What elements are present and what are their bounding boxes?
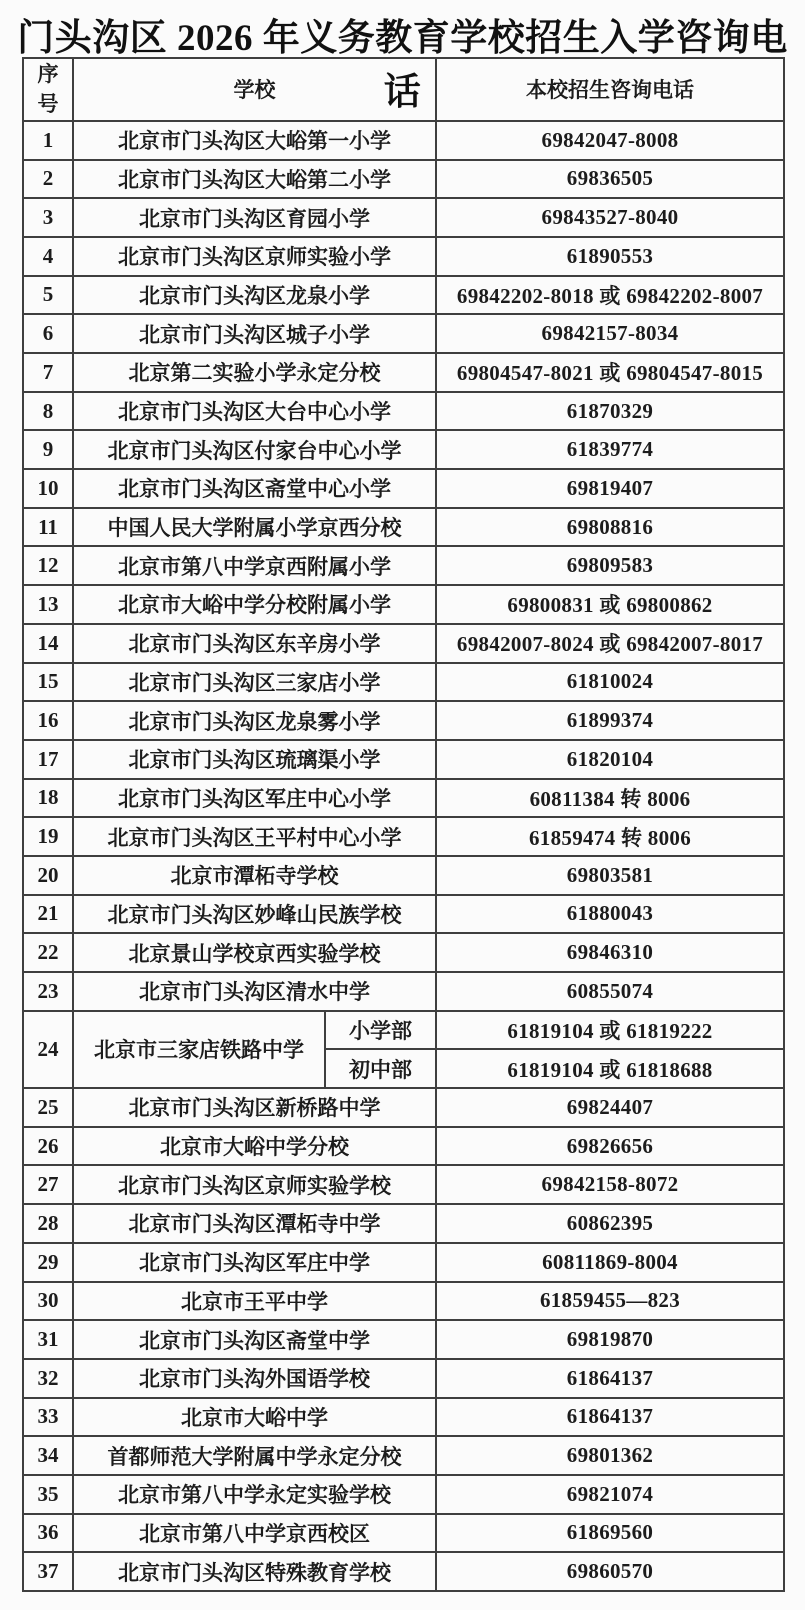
row-no: 25 [23, 1088, 73, 1127]
school-name: 北京市门头沟外国语学校 [73, 1359, 436, 1398]
header-school: 学校 [73, 58, 436, 121]
phone-number: 60811384 转 8006 [436, 779, 784, 818]
phone-number: 69836505 [436, 160, 784, 199]
row-no: 12 [23, 546, 73, 585]
table-row: 9 北京市门头沟区付家台中心小学 61839774 [23, 430, 784, 469]
phone-number: 60855074 [436, 972, 784, 1011]
phone-number: 61819104 或 61819222 [436, 1011, 784, 1050]
school-name: 北京市大峪中学 [73, 1398, 436, 1437]
table-row: 34 首都师范大学附属中学永定分校 69801362 [23, 1436, 784, 1475]
table-row: 14 北京市门头沟区东辛房小学 69842007-8024 或 69842007… [23, 624, 784, 663]
phone-number: 69860570 [436, 1552, 784, 1591]
table-row: 6 北京市门头沟区城子小学 69842157-8034 [23, 314, 784, 353]
phone-number: 61890553 [436, 237, 784, 276]
school-name: 北京市门头沟区军庄中学 [73, 1243, 436, 1282]
table-row: 36 北京市第八中学京西校区 61869560 [23, 1514, 784, 1553]
row-no: 3 [23, 198, 73, 237]
row-no: 4 [23, 237, 73, 276]
phone-number: 61810024 [436, 663, 784, 702]
row-no: 7 [23, 353, 73, 392]
school-name: 北京市门头沟区斋堂中学 [73, 1320, 436, 1359]
table-row-24-primary: 24 北京市三家店铁路中学 小学部 61819104 或 61819222 [23, 1011, 784, 1050]
phone-number: 69808816 [436, 508, 784, 547]
row-no: 27 [23, 1165, 73, 1204]
school-name: 北京市门头沟区军庄中心小学 [73, 779, 436, 818]
table-row: 10 北京市门头沟区斋堂中心小学 69819407 [23, 469, 784, 508]
school-name: 北京市门头沟区斋堂中心小学 [73, 469, 436, 508]
phone-number: 69842007-8024 或 69842007-8017 [436, 624, 784, 663]
phone-number: 61880043 [436, 895, 784, 934]
row-no: 22 [23, 933, 73, 972]
school-name: 北京市门头沟区特殊教育学校 [73, 1552, 436, 1591]
school-name: 北京市王平中学 [73, 1282, 436, 1321]
row-no: 26 [23, 1127, 73, 1166]
row-no: 37 [23, 1552, 73, 1591]
table-row: 30 北京市王平中学 61859455—823 [23, 1282, 784, 1321]
table-row: 20 北京市潭柘寺学校 69803581 [23, 856, 784, 895]
table-row: 1 北京市门头沟区大峪第一小学 69842047-8008 [23, 121, 784, 160]
table-row: 15 北京市门头沟区三家店小学 61810024 [23, 663, 784, 702]
table-row: 35 北京市第八中学永定实验学校 69821074 [23, 1475, 784, 1514]
phone-number: 61820104 [436, 740, 784, 779]
row-no: 9 [23, 430, 73, 469]
row-no: 17 [23, 740, 73, 779]
table-header-row: 序号 学校 本校招生咨询电话 [23, 58, 784, 121]
row-no: 28 [23, 1204, 73, 1243]
phone-number: 61859455—823 [436, 1282, 784, 1321]
page: 门头沟区 2026 年义务教育学校招生入学咨询电话 序号 学校 本校招生咨询电话… [0, 0, 805, 1610]
row-no: 16 [23, 701, 73, 740]
table-row: 12 北京市第八中学京西附属小学 69809583 [23, 546, 784, 585]
table-row: 5 北京市门头沟区龙泉小学 69842202-8018 或 69842202-8… [23, 276, 784, 315]
phone-number: 69801362 [436, 1436, 784, 1475]
header-no-label: 序号 [37, 59, 59, 120]
school-name: 北京市门头沟区大台中心小学 [73, 392, 436, 431]
phone-number: 60862395 [436, 1204, 784, 1243]
row-no: 13 [23, 585, 73, 624]
row-no: 11 [23, 508, 73, 547]
table-row: 26 北京市大峪中学分校 69826656 [23, 1127, 784, 1166]
school-name: 北京市门头沟区大峪第一小学 [73, 121, 436, 160]
table-row: 2 北京市门头沟区大峪第二小学 69836505 [23, 160, 784, 199]
row-no: 20 [23, 856, 73, 895]
table-row: 17 北京市门头沟区琉璃渠小学 61820104 [23, 740, 784, 779]
school-name: 中国人民大学附属小学京西分校 [73, 508, 436, 547]
table-row: 33 北京市大峪中学 61864137 [23, 1398, 784, 1437]
table-row: 37 北京市门头沟区特殊教育学校 69860570 [23, 1552, 784, 1591]
row-no: 18 [23, 779, 73, 818]
table-row: 29 北京市门头沟区军庄中学 60811869-8004 [23, 1243, 784, 1282]
row-no: 19 [23, 817, 73, 856]
phone-number: 69824407 [436, 1088, 784, 1127]
school-name: 首都师范大学附属中学永定分校 [73, 1436, 436, 1475]
phone-number: 69842158-8072 [436, 1165, 784, 1204]
table-row: 19 北京市门头沟区王平村中心小学 61859474 转 8006 [23, 817, 784, 856]
school-name: 北京市潭柘寺学校 [73, 856, 436, 895]
phone-number: 69842157-8034 [436, 314, 784, 353]
row-no: 1 [23, 121, 73, 160]
row-no: 32 [23, 1359, 73, 1398]
table-row: 8 北京市门头沟区大台中心小学 61870329 [23, 392, 784, 431]
school-name: 北京市第八中学永定实验学校 [73, 1475, 436, 1514]
table-row: 4 北京市门头沟区京师实验小学 61890553 [23, 237, 784, 276]
row-no: 2 [23, 160, 73, 199]
table-row: 18 北京市门头沟区军庄中心小学 60811384 转 8006 [23, 779, 784, 818]
row-no: 14 [23, 624, 73, 663]
header-phone: 本校招生咨询电话 [436, 58, 784, 121]
row-no: 29 [23, 1243, 73, 1282]
row-no: 8 [23, 392, 73, 431]
phone-number: 69821074 [436, 1475, 784, 1514]
school-name: 北京市门头沟区三家店小学 [73, 663, 436, 702]
phone-number: 60811869-8004 [436, 1243, 784, 1282]
row-no: 30 [23, 1282, 73, 1321]
phone-number: 69846310 [436, 933, 784, 972]
row-no: 15 [23, 663, 73, 702]
school-name: 北京市大峪中学分校 [73, 1127, 436, 1166]
school-name: 北京市三家店铁路中学 [73, 1011, 325, 1088]
school-name: 北京市第八中学京西附属小学 [73, 546, 436, 585]
school-name: 北京市门头沟区龙泉雾小学 [73, 701, 436, 740]
school-name: 北京市门头沟区育园小学 [73, 198, 436, 237]
table-row: 32 北京市门头沟外国语学校 61864137 [23, 1359, 784, 1398]
table-row: 22 北京景山学校京西实验学校 69846310 [23, 933, 784, 972]
row-no: 5 [23, 276, 73, 315]
school-name: 北京市门头沟区潭柘寺中学 [73, 1204, 436, 1243]
row-no: 33 [23, 1398, 73, 1437]
table-row: 28 北京市门头沟区潭柘寺中学 60862395 [23, 1204, 784, 1243]
phone-number: 69803581 [436, 856, 784, 895]
school-name: 北京市门头沟区龙泉小学 [73, 276, 436, 315]
school-name: 北京市门头沟区东辛房小学 [73, 624, 436, 663]
school-name: 北京市门头沟区清水中学 [73, 972, 436, 1011]
table-row: 27 北京市门头沟区京师实验学校 69842158-8072 [23, 1165, 784, 1204]
table-row: 7 北京第二实验小学永定分校 69804547-8021 或 69804547-… [23, 353, 784, 392]
school-name: 北京市门头沟区京师实验学校 [73, 1165, 436, 1204]
school-name: 北京市门头沟区新桥路中学 [73, 1088, 436, 1127]
row-no: 10 [23, 469, 73, 508]
phone-number: 69842047-8008 [436, 121, 784, 160]
phone-number: 69809583 [436, 546, 784, 585]
row-no: 35 [23, 1475, 73, 1514]
table-row: 31 北京市门头沟区斋堂中学 69819870 [23, 1320, 784, 1359]
school-name: 北京景山学校京西实验学校 [73, 933, 436, 972]
phone-number: 69819870 [436, 1320, 784, 1359]
table-row: 25 北京市门头沟区新桥路中学 69824407 [23, 1088, 784, 1127]
school-name: 北京市门头沟区付家台中心小学 [73, 430, 436, 469]
row-no: 36 [23, 1514, 73, 1553]
division-label: 初中部 [325, 1049, 436, 1088]
school-name: 北京市门头沟区王平村中心小学 [73, 817, 436, 856]
table-row: 13 北京市大峪中学分校附属小学 69800831 或 69800862 [23, 585, 784, 624]
division-label: 小学部 [325, 1011, 436, 1050]
school-name: 北京市第八中学京西校区 [73, 1514, 436, 1553]
school-name: 北京市门头沟区大峪第二小学 [73, 160, 436, 199]
phone-directory-table: 序号 学校 本校招生咨询电话 1 北京市门头沟区大峪第一小学 69842047-… [22, 57, 785, 1592]
row-no: 23 [23, 972, 73, 1011]
phone-number: 61864137 [436, 1398, 784, 1437]
phone-number: 69800831 或 69800862 [436, 585, 784, 624]
table-row: 23 北京市门头沟区清水中学 60855074 [23, 972, 784, 1011]
row-no: 6 [23, 314, 73, 353]
phone-number: 61839774 [436, 430, 784, 469]
phone-number: 61869560 [436, 1514, 784, 1553]
phone-number: 61819104 或 61818688 [436, 1049, 784, 1088]
school-name: 北京市大峪中学分校附属小学 [73, 585, 436, 624]
table-row: 21 北京市门头沟区妙峰山民族学校 61880043 [23, 895, 784, 934]
school-name: 北京市门头沟区琉璃渠小学 [73, 740, 436, 779]
phone-number: 61859474 转 8006 [436, 817, 784, 856]
row-no: 34 [23, 1436, 73, 1475]
phone-number: 69819407 [436, 469, 784, 508]
header-no: 序号 [23, 58, 73, 121]
school-name: 北京市门头沟区城子小学 [73, 314, 436, 353]
phone-number: 69842202-8018 或 69842202-8007 [436, 276, 784, 315]
phone-number: 69843527-8040 [436, 198, 784, 237]
row-no: 24 [23, 1011, 73, 1088]
table-row: 16 北京市门头沟区龙泉雾小学 61899374 [23, 701, 784, 740]
school-name: 北京市门头沟区妙峰山民族学校 [73, 895, 436, 934]
row-no: 31 [23, 1320, 73, 1359]
phone-number: 61899374 [436, 701, 784, 740]
table-row: 3 北京市门头沟区育园小学 69843527-8040 [23, 198, 784, 237]
school-name: 北京市门头沟区京师实验小学 [73, 237, 436, 276]
phone-number: 61870329 [436, 392, 784, 431]
phone-number: 61864137 [436, 1359, 784, 1398]
school-name: 北京第二实验小学永定分校 [73, 353, 436, 392]
phone-number: 69826656 [436, 1127, 784, 1166]
table-row: 11 中国人民大学附属小学京西分校 69808816 [23, 508, 784, 547]
row-no: 21 [23, 895, 73, 934]
phone-number: 69804547-8021 或 69804547-8015 [436, 353, 784, 392]
